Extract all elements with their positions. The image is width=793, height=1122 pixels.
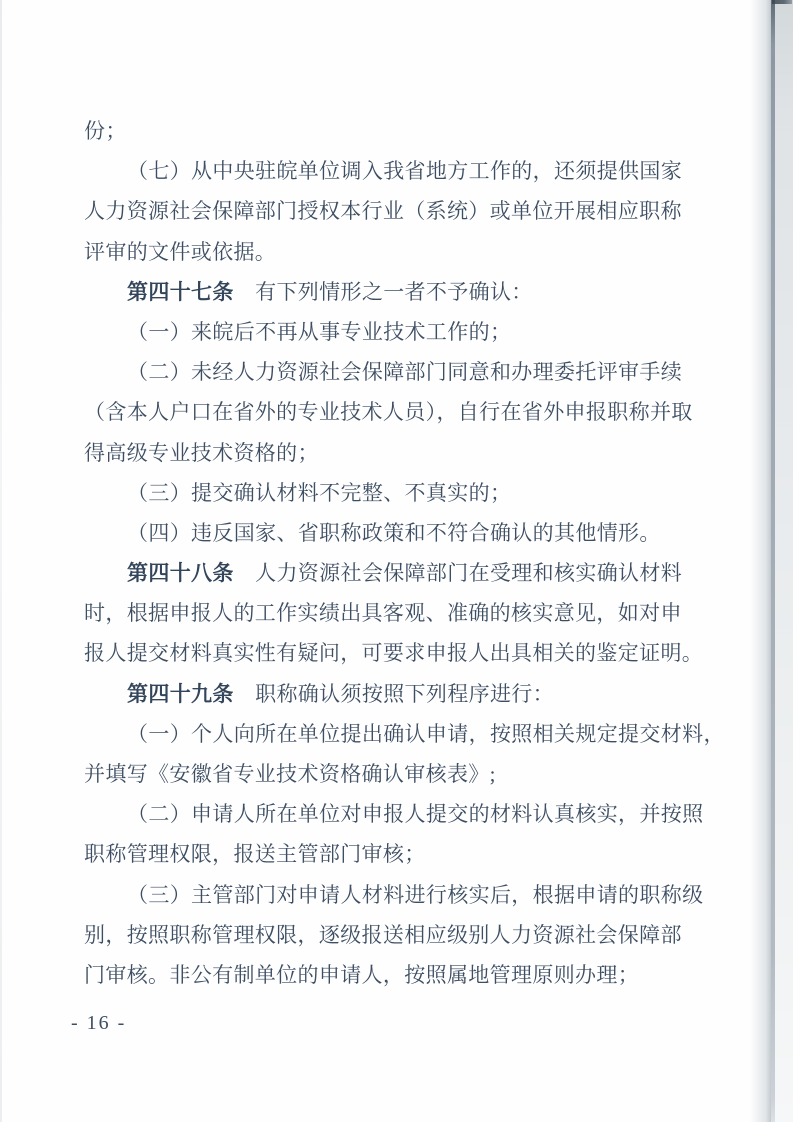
text-line: （二）未经人力资源社会保障部门同意和办理委托评审手续 <box>84 352 724 392</box>
article-number: 第四十七条 <box>127 281 234 304</box>
text-run: 门审核。非公有制单位的申请人，按照属地管理原则办理； <box>84 963 639 987</box>
page-number: - 16 - <box>71 1011 126 1035</box>
text-line: 份； <box>84 111 724 151</box>
text-line: 报人提交材料真实性有疑问，可要求申报人出具相关的鉴定证明。 <box>84 633 724 673</box>
text-run: 份； <box>84 119 127 143</box>
text-run: （二）未经人力资源社会保障部门同意和办理委托评审手续 <box>127 360 682 384</box>
text-line: 得高级专业技术资格的； <box>84 433 724 473</box>
text-run: 人力资源社会保障部门在受理和核实确认材料 <box>234 561 682 585</box>
text-run: （二）申请人所在单位对申报人提交的材料认真核实，并按照 <box>127 802 703 826</box>
article-number: 第四十九条 <box>127 683 234 706</box>
text-line: 第四十七条 有下列情形之一者不予确认： <box>84 272 724 312</box>
text-run: 并填写《安徽省专业技术资格确认审核表》; <box>84 762 496 786</box>
text-line: （七）从中央驻皖单位调入我省地方工作的，还须提供国家 <box>84 151 724 191</box>
text-run: 职称确认须按照下列程序进行： <box>234 682 554 706</box>
text-line: （二）申请人所在单位对申报人提交的材料认真核实，并按照 <box>84 794 724 834</box>
text-line: （三）提交确认材料不完整、不真实的； <box>84 473 724 513</box>
text-line: 人力资源社会保障部门授权本行业（系统）或单位开展相应职称 <box>84 191 724 231</box>
document-text: 份；（七）从中央驻皖单位调入我省地方工作的，还须提供国家人力资源社会保障部门授权… <box>84 111 724 995</box>
scanned-document-page: 份；（七）从中央驻皖单位调入我省地方工作的，还须提供国家人力资源社会保障部门授权… <box>0 0 793 1122</box>
text-run: 时，根据申报人的工作实绩出具客观、准确的核实意见，如对申 <box>84 601 682 625</box>
text-line: 第四十八条 人力资源社会保障部门在受理和核实确认材料 <box>84 553 724 593</box>
text-line: 门审核。非公有制单位的申请人，按照属地管理原则办理； <box>84 955 724 995</box>
scan-left-edge <box>0 0 2 1122</box>
text-run: 报人提交材料真实性有疑问，可要求申报人出具相关的鉴定证明。 <box>84 641 703 665</box>
text-run: （一）来皖后不再从事专业技术工作的； <box>127 320 511 344</box>
text-run: （含本人户口在省外的专业技术人员），自行在省外申报职称并取 <box>84 400 693 424</box>
text-run: （七）从中央驻皖单位调入我省地方工作的，还须提供国家 <box>127 159 682 183</box>
scan-corner-mark <box>772 0 792 4</box>
text-run: 别，按照职称管理权限，逐级报送相应级别人力资源社会保障部 <box>84 923 682 947</box>
article-number: 第四十八条 <box>127 562 234 585</box>
text-line: 别，按照职称管理权限，逐级报送相应级别人力资源社会保障部 <box>84 915 724 955</box>
text-run: 得高级专业技术资格的； <box>84 441 319 465</box>
text-run: （三）主管部门对申请人材料进行核实后，根据申请的职称级 <box>127 883 703 907</box>
text-run: 人力资源社会保障部门授权本行业（系统）或单位开展相应职称 <box>84 199 682 223</box>
text-run: 评审的文件或依据。 <box>84 240 276 264</box>
text-run: 职称管理权限，报送主管部门审核； <box>84 842 426 866</box>
scan-edge-band <box>775 0 793 1122</box>
text-run: （四）违反国家、省职称政策和不符合确认的其他情形。 <box>127 521 661 545</box>
text-line: （一）个人向所在单位提出确认申请，按照相关规定提交材料， <box>84 714 724 754</box>
text-line: 时，根据申报人的工作实绩出具客观、准确的核实意见，如对申 <box>84 593 724 633</box>
text-run: （一）个人向所在单位提出确认申请，按照相关规定提交材料， <box>127 722 725 746</box>
text-line: 评审的文件或依据。 <box>84 232 724 272</box>
text-run: 有下列情形之一者不予确认： <box>234 280 533 304</box>
text-line: 第四十九条 职称确认须按照下列程序进行： <box>84 674 724 714</box>
text-run: （三）提交确认材料不完整、不真实的； <box>127 481 511 505</box>
text-line: （含本人户口在省外的专业技术人员），自行在省外申报职称并取 <box>84 392 724 432</box>
text-line: 职称管理权限，报送主管部门审核； <box>84 834 724 874</box>
text-line: （三）主管部门对申请人材料进行核实后，根据申请的职称级 <box>84 875 724 915</box>
scan-shadow <box>750 0 771 1122</box>
text-line: （四）违反国家、省职称政策和不符合确认的其他情形。 <box>84 513 724 553</box>
text-line: （一）来皖后不再从事专业技术工作的； <box>84 312 724 352</box>
text-line: 并填写《安徽省专业技术资格确认审核表》; <box>84 754 724 794</box>
